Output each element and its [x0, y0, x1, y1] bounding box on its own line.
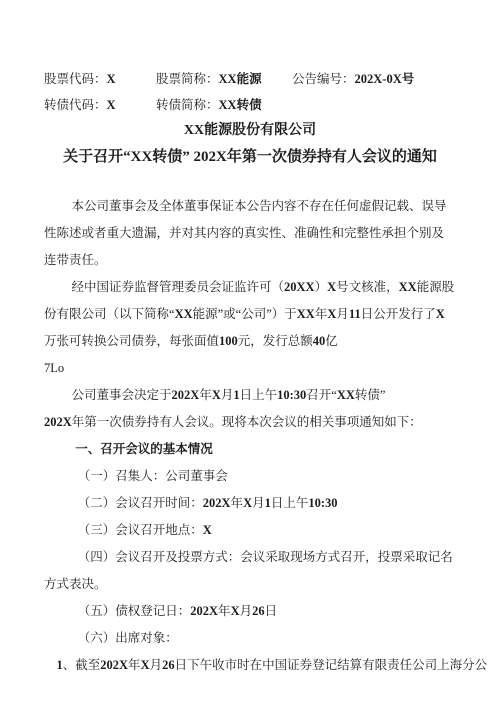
bond-code-cell: 转债代码：X — [44, 92, 156, 118]
bond-code-label: 转债代码： — [44, 98, 107, 112]
artifact-line: 7Lo — [44, 355, 456, 382]
company-name-title: XX能源股份有限公司 — [44, 118, 456, 144]
announcement-number-value: 202X-0X号 — [355, 72, 415, 86]
section-item-attendees: （六）出席对象： — [44, 625, 456, 652]
stock-name-cell: 股票简称：XX能源 — [156, 66, 292, 92]
bond-name-label: 转债简称： — [156, 98, 219, 112]
bond-code-value: X — [107, 98, 116, 112]
stock-code-label: 股票代码： — [44, 72, 107, 86]
section-item-meeting-place: （三）会议召开地点：X — [44, 517, 456, 544]
stock-info-header: 股票代码：X 股票简称：XX能源 公告编号：202X-0X号 转债代码：X 转债… — [44, 66, 456, 118]
announcement-number-cell: 公告编号：202X-0X号 — [292, 66, 456, 92]
announcement-number-label: 公告编号： — [292, 72, 355, 86]
stock-name-label: 股票简称： — [156, 72, 219, 86]
meeting-decision-line-2: 202X年第一次债券持有人会议。现将本次会议的相关事项通知如下： — [44, 409, 456, 436]
stock-code-value: X — [107, 72, 116, 86]
stock-info-row-1: 股票代码：X 股票简称：XX能源 公告编号：202X-0X号 — [44, 66, 456, 92]
attendee-detail-item: 1、截至202X年X月26日下午收市时在中国证券登记结算有限责任公司上海分公 — [44, 652, 456, 679]
section-1-heading: 一、召开会议的基本情况 — [44, 436, 456, 463]
announcement-subject-title: 关于召开“XX转债” 202X年第一次债券持有人会议的通知 — [44, 144, 456, 171]
section-item-convener: （一）召集人：公司董事会 — [44, 463, 456, 490]
meeting-decision-line-1: 公司董事会决定于202X年X月1日上午10:30召开“XX转债” — [44, 382, 456, 409]
bond-name-value: XX转债 — [219, 98, 262, 112]
bond-name-cell: 转债简称：XX转债 — [156, 92, 292, 118]
stock-name-value: XX能源 — [219, 72, 262, 86]
section-item-voting-method: （四）会议召开及投票方式：会议采取现场方式召开，投票采取记名方式表决。 — [44, 544, 456, 598]
section-item-record-date: （五）债权登记日：202X年X月26日 — [44, 598, 456, 625]
stock-info-row-2: 转债代码：X 转债简称：XX转债 — [44, 92, 456, 118]
issuance-paragraph: 经中国证券监督管理委员会证监许可（20XX）X号文核准，XX能源股份有限公司（以… — [44, 274, 456, 355]
announcement-document-page: 股票代码：X 股票简称：XX能源 公告编号：202X-0X号 转债代码：X 转债… — [0, 0, 500, 707]
disclaimer-paragraph: 本公司董事会及全体董事保证本公告内容不存在任何虚假记载、误导性陈述或者重大遗漏，… — [44, 193, 456, 274]
section-item-meeting-time: （二）会议召开时间：202X年X月1日上午10:30 — [44, 490, 456, 517]
document-body: 本公司董事会及全体董事保证本公告内容不存在任何虚假记载、误导性陈述或者重大遗漏，… — [44, 193, 456, 679]
stock-code-cell: 股票代码：X — [44, 66, 156, 92]
